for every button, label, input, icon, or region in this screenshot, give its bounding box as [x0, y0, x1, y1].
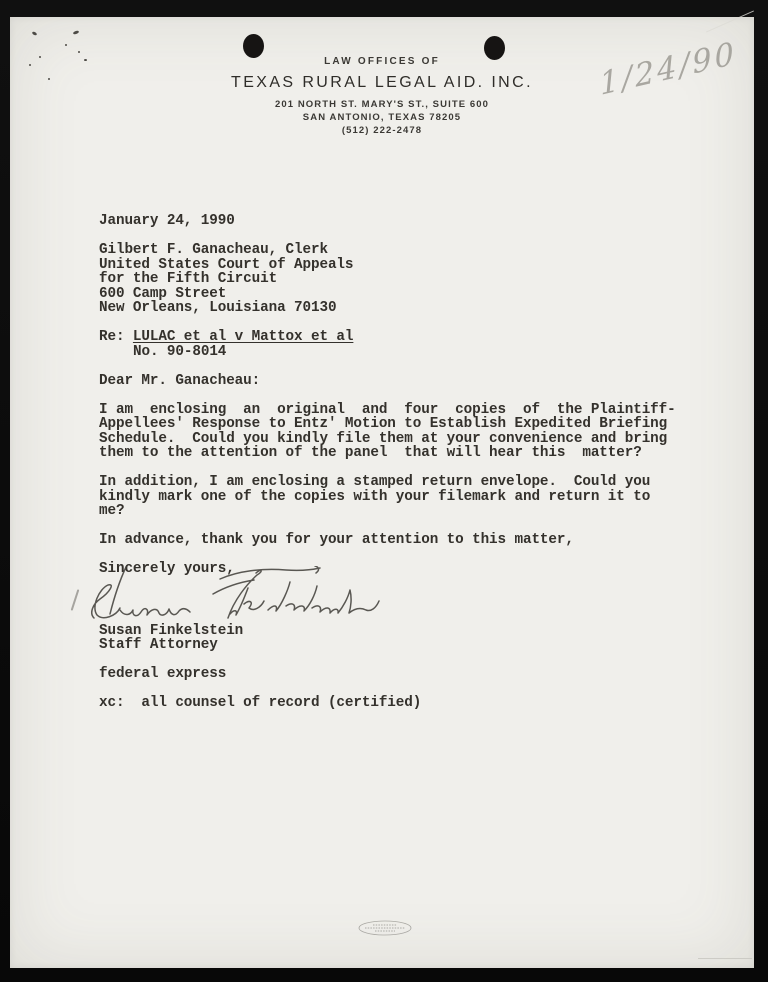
letter-body: January 24, 1990 Gilbert F. Ganacheau, C… [99, 214, 676, 711]
stray-pen-stroke [71, 589, 80, 611]
letterhead-city: SAN ANTONIO, TEXAS 78205 [10, 111, 754, 124]
scan-scratch-mark [706, 10, 754, 32]
recipient-line: Gilbert F. Ganacheau, Clerk [99, 243, 676, 258]
letterhead-street: 201 NORTH ST. MARY'S ST., SUITE 600 [10, 98, 754, 111]
paragraph1-line: them to the attention of the panel that … [99, 446, 676, 461]
recipient-line: 600 Camp Street [99, 287, 676, 302]
recipient-line: for the Fifth Circuit [99, 272, 676, 287]
letter-page: LAW OFFICES OF TEXAS RURAL LEGAL AID. IN… [10, 17, 754, 968]
closing-line: Sincerely yours, [99, 562, 676, 577]
paragraph1-line: Appellees' Response to Entz' Motion to E… [99, 417, 676, 432]
pencil-speck [78, 51, 80, 53]
letterhead-phone: (512) 222-2478 [10, 124, 754, 137]
paragraph2-line: kindly mark one of the copies with your … [99, 490, 676, 505]
re-label: Re: [99, 329, 133, 345]
pencil-speck [32, 31, 38, 36]
signer-title: Staff Attorney [99, 638, 676, 653]
salutation: Dear Mr. Ganacheau: [99, 374, 676, 389]
re-line: Re: LULAC et al v Mattox et al [99, 330, 676, 345]
paragraph1-line: Schedule. Could you kindly file them at … [99, 432, 676, 447]
case-number: No. 90-8014 [99, 345, 676, 360]
printers-union-mark [357, 918, 413, 938]
cc-line: xc: all counsel of record (certified) [99, 696, 676, 711]
re-case-citation: LULAC et al v Mattox et al [133, 329, 353, 345]
recipient-line: United States Court of Appeals [99, 258, 676, 273]
hole-punch-left-icon [243, 34, 264, 58]
pencil-speck [65, 44, 67, 46]
paragraph1-line: I am enclosing an original and four copi… [99, 403, 676, 418]
scanned-letter-background: LAW OFFICES OF TEXAS RURAL LEGAL AID. IN… [0, 0, 768, 982]
letter-date: January 24, 1990 [99, 214, 676, 229]
pencil-speck [73, 30, 80, 35]
paragraph2-line: In addition, I am enclosing a stamped re… [99, 475, 676, 490]
paragraph2-line: me? [99, 504, 676, 519]
scan-fold-line [698, 958, 752, 959]
delivery-note: federal express [99, 667, 676, 682]
signer-name: Susan Finkelstein [99, 624, 676, 639]
paragraph3-line: In advance, thank you for your attention… [99, 533, 676, 548]
recipient-line: New Orleans, Louisiana 70130 [99, 301, 676, 316]
